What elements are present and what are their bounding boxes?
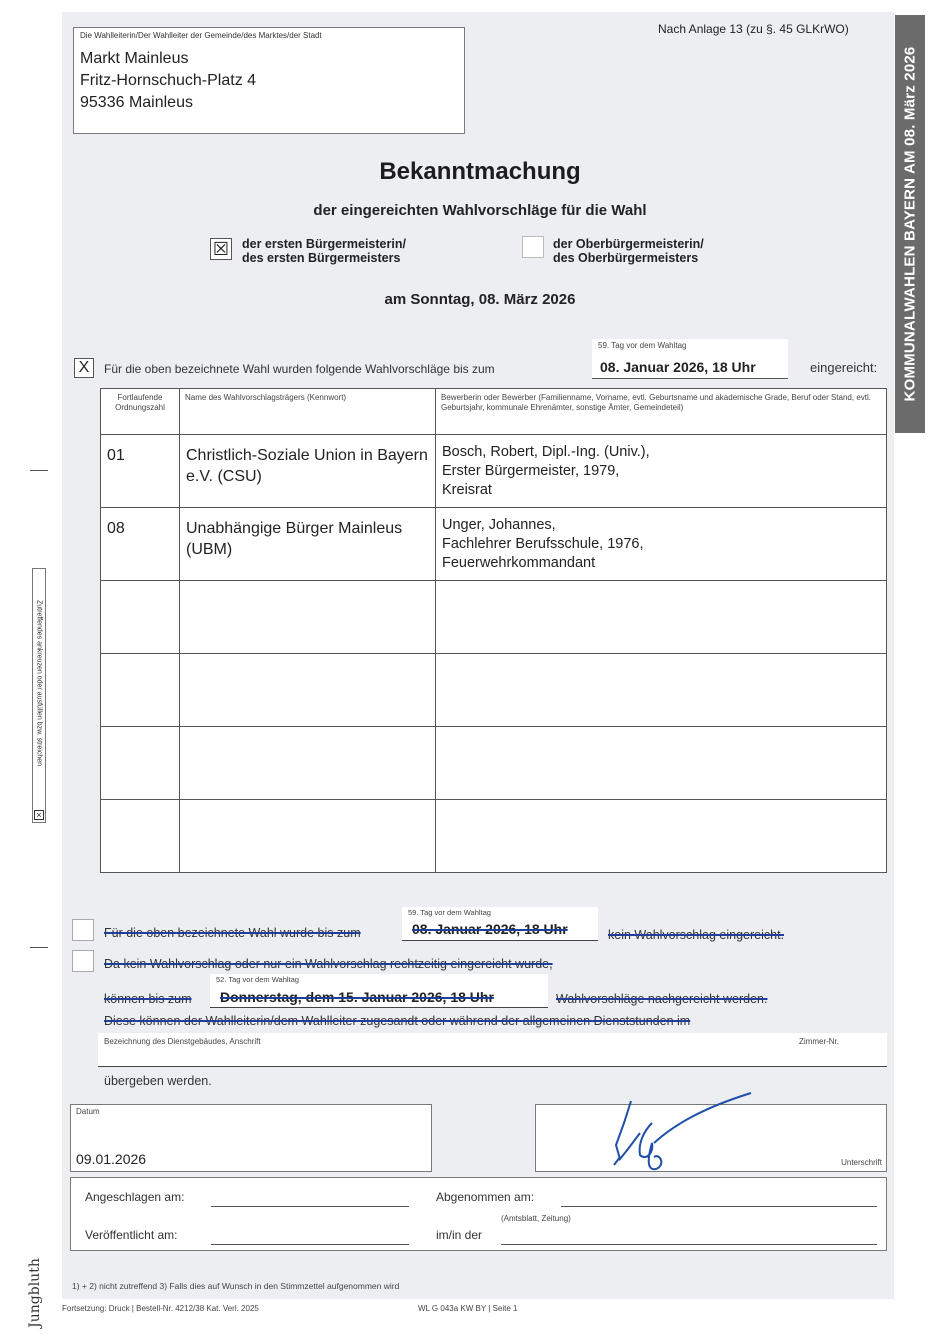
in-label: im/in der — [436, 1228, 482, 1242]
header-bewerber: Bewerberin oder Bewerber (Familienname, … — [436, 389, 887, 435]
resubmit-line1: Da kein Wahlvorschlag oder nur ein Wahlv… — [104, 957, 553, 971]
row-party — [180, 581, 436, 654]
row-party — [180, 727, 436, 800]
fold-mark — [30, 470, 48, 471]
resubmit-prefix: können bis zum — [104, 992, 192, 1006]
row-number: 08 — [101, 508, 180, 581]
option-oberbuergermeister-label: der Oberbürgermeisterin/ des Oberbürgerm… — [553, 237, 704, 265]
row-number: 01 — [101, 435, 180, 508]
posting-record-box: Angeschlagen am: Abgenommen am: Veröffen… — [70, 1177, 887, 1251]
row-number — [101, 727, 180, 800]
row-number — [101, 654, 180, 727]
taken-field[interactable] — [561, 1206, 877, 1207]
sender-street: Fritz-Hornschuch-Platz 4 — [80, 72, 256, 90]
office-address-field[interactable]: Bezeichnung des Dienstgebäudes, Anschrif… — [98, 1033, 887, 1067]
date-field[interactable]: Datum 09.01.2026 — [70, 1104, 432, 1172]
taken-label: Abgenommen am: — [436, 1190, 534, 1204]
row-party: Christlich-Soziale Union in Bayern e.V. … — [180, 435, 436, 508]
print-reference: Fortsetzung: Druck | Bestell-Nr. 4212/38… — [62, 1304, 259, 1313]
row-number — [101, 581, 180, 654]
instruction-sidebar: Zutreffendes ankreuzen oder ausfüllen bz… — [32, 568, 46, 823]
table-row — [101, 654, 887, 727]
row-candidate — [436, 727, 887, 800]
row-number — [101, 800, 180, 873]
posted-label: Angeschlagen am: — [85, 1190, 184, 1204]
submitted-deadline-field[interactable]: 59. Tag vor dem Wahltag 08. Januar 2026,… — [592, 339, 788, 379]
publisher-brand: Jungbluth — [22, 1248, 48, 1338]
option-buergermeister-label: der ersten Bürgermeisterin/ des ersten B… — [242, 237, 406, 265]
footnote: 1) + 2) nicht zutreffend 3) Falls dies a… — [72, 1281, 399, 1291]
none-submitted-checkbox[interactable] — [72, 919, 94, 941]
resubmit-deadline-field[interactable]: 52. Tag vor dem Wahltag Donnerstag, dem … — [210, 974, 548, 1008]
sender-label: Die Wahlleiterin/Der Wahlleiter der Geme… — [80, 31, 322, 40]
signature-icon — [536, 1083, 888, 1173]
header-ordnungszahl: Fortlaufende Ordnungszahl — [101, 389, 180, 435]
resubmit-suffix: Wahlvorschläge nachgereicht werden. — [556, 992, 767, 1006]
table-row — [101, 581, 887, 654]
form-number: WL G 043a KW BY | Seite 1 — [418, 1304, 517, 1313]
published-label: Veröffentlicht am: — [85, 1228, 178, 1242]
table-row — [101, 727, 887, 800]
signature-field[interactable]: Unterschrift — [535, 1104, 887, 1172]
date-value: 09.01.2026 — [76, 1151, 146, 1167]
election-banner: KOMMUNALWAHLEN BAYERN AM 08. März 2026 — [895, 15, 925, 433]
submitted-checkbox[interactable]: X — [74, 358, 94, 378]
in-hint: (Amtsblatt, Zeitung) — [501, 1214, 571, 1223]
in-field[interactable] — [501, 1244, 877, 1245]
form-reference: Nach Anlage 13 (zu §. 45 GLKrWO) — [658, 22, 849, 36]
table-row: 08Unabhängige Bürger Mainleus (UBM)Unger… — [101, 508, 887, 581]
submitted-suffix: eingereicht: — [810, 360, 877, 375]
sender-name: Markt Mainleus — [80, 50, 188, 68]
published-field[interactable] — [211, 1244, 409, 1245]
page-title: Bekanntmachung — [0, 158, 950, 186]
page-subtitle: der eingereichten Wahlvorschläge für die… — [0, 202, 950, 219]
table-row — [101, 800, 887, 873]
row-candidate: Bosch, Robert, Dipl.-Ing. (Univ.),Erster… — [436, 435, 887, 508]
table-row: 01Christlich-Soziale Union in Bayern e.V… — [101, 435, 887, 508]
posted-field[interactable] — [211, 1206, 409, 1207]
none-submitted-text: Für die oben bezeichnete Wahl wurde bis … — [104, 926, 361, 940]
option-buergermeister-checkbox[interactable]: ☒ — [210, 238, 232, 260]
option-oberbuergermeister-checkbox[interactable] — [522, 236, 544, 258]
sender-city: 95336 Mainleus — [80, 94, 193, 112]
row-party — [180, 654, 436, 727]
resubmit-checkbox[interactable] — [72, 950, 94, 972]
submitted-text: Für die oben bezeichnete Wahl wurden fol… — [104, 362, 495, 376]
none-submitted-deadline-field[interactable]: 59. Tag vor dem Wahltag 08. Januar 2026,… — [402, 907, 598, 941]
election-date: am Sonntag, 08. März 2026 — [0, 291, 950, 308]
row-party: Unabhängige Bürger Mainleus (UBM) — [180, 508, 436, 581]
fold-mark — [30, 947, 48, 948]
none-submitted-suffix: kein Wahlvorschlag eingereicht. — [608, 928, 784, 942]
resubmit-line3: Diese können der Wahlleiterin/dem Wahlle… — [104, 1014, 690, 1028]
row-candidate — [436, 800, 887, 873]
instruction-checkbox-icon: × — [34, 810, 44, 820]
row-candidate — [436, 654, 887, 727]
row-candidate — [436, 581, 887, 654]
header-wahlvorschlagstraeger: Name des Wahlvorschlagsträgers (Kennwort… — [180, 389, 436, 435]
row-party — [180, 800, 436, 873]
sender-address-box: Die Wahlleiterin/Der Wahlleiter der Geme… — [73, 27, 465, 134]
nominations-table: Fortlaufende Ordnungszahl Name des Wahlv… — [100, 388, 887, 873]
resubmit-line4: übergeben werden. — [104, 1074, 212, 1088]
row-candidate: Unger, Johannes,Fachlehrer Berufsschule,… — [436, 508, 887, 581]
